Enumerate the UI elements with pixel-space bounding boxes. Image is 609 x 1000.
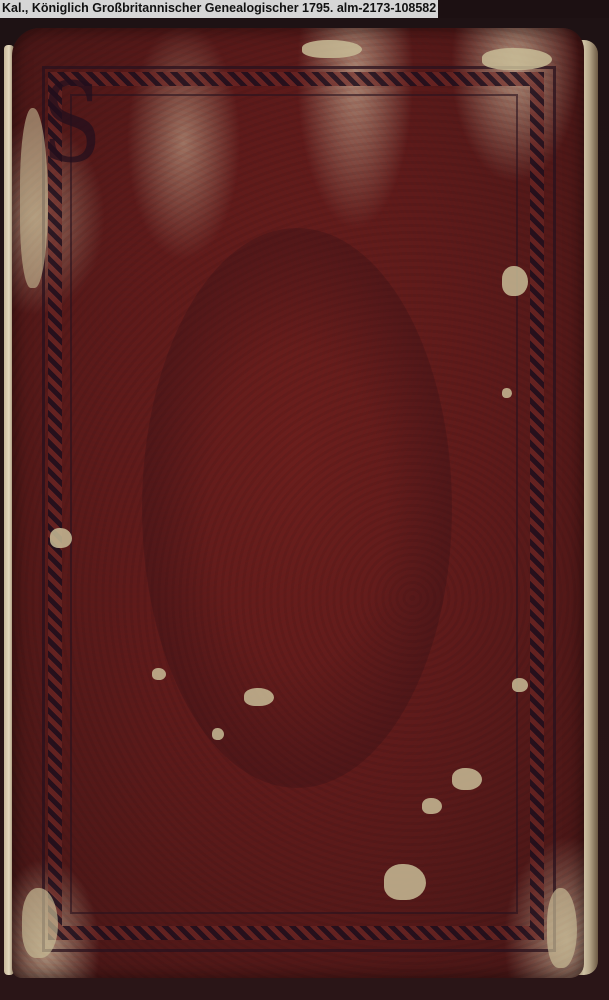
worn-spot: [152, 668, 166, 680]
inner-border: [70, 94, 518, 914]
worn-spot: [22, 888, 58, 958]
book-cover: S: [12, 28, 584, 978]
worn-spot: [422, 798, 442, 814]
worn-spot: [384, 864, 426, 900]
worn-spot: [512, 678, 528, 692]
worn-spot: [547, 888, 577, 968]
worn-spot: [452, 768, 482, 790]
image-caption: Kal., Königlich Großbritannischer Geneal…: [0, 0, 438, 18]
worn-spot: [244, 688, 274, 706]
worn-spot: [50, 528, 72, 548]
worn-spot: [502, 266, 528, 296]
worn-spot: [482, 48, 552, 70]
worn-spot: [212, 728, 224, 740]
worn-spot: [302, 40, 362, 58]
s-flourish-ornament: S: [42, 68, 102, 178]
worn-spot: [502, 388, 512, 398]
